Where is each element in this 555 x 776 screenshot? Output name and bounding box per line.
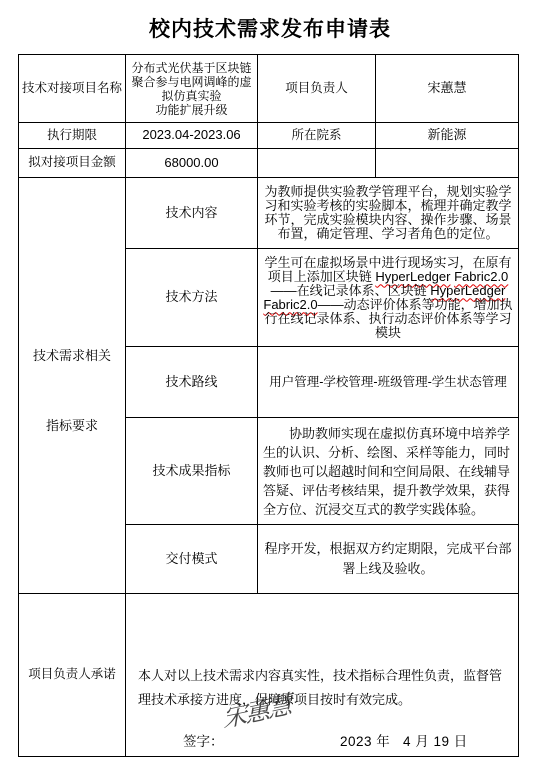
delivery-mode-value: 程序开发，根据双方约定期限，完成平台部署上线及验收。: [258, 525, 518, 594]
department-value: 新能源: [376, 123, 518, 149]
delivery-mode-text: 程序开发，根据双方约定期限，完成平台部署上线及验收。: [263, 539, 513, 579]
leader-commitment-cell: 本人对以上技术需求内容真实性，技术指标合理性负责，监督管理技术承接方进度，保障原…: [126, 594, 518, 756]
project-name-label: 技术对接项目名称: [19, 55, 126, 123]
tech-requirement-section-label: 技术需求相关 指标要求: [19, 178, 126, 594]
project-amount-label: 拟对接项目金额: [19, 149, 126, 178]
execution-period-value: 2023.04-2023.06: [126, 123, 258, 149]
department-label: 所在院系: [258, 123, 376, 149]
leader-commitment-label: 项目负责人承诺: [19, 594, 126, 756]
section-label-line1: 技术需求相关: [33, 348, 111, 364]
tech-content-value: 为教师提供实验教学管理平台，规划实验学习和实验考核的实验脚本，梳理并确定教学环节…: [258, 178, 518, 249]
sign-date: 2023 年 4 月 19 日: [340, 734, 468, 751]
project-name-line1: 分布式光伏基于区块链聚合参与电网调峰的虚拟仿真实验: [129, 61, 254, 103]
tech-content-label: 技术内容: [126, 178, 258, 249]
page-title: 校内技术需求发布申请表: [18, 13, 522, 43]
tech-outcome-value: 协助教师实现在虚拟仿真环境中培养学生的认识、分析、绘图、采样等能力，同时教师也可…: [258, 418, 518, 525]
project-leader-label: 项目负责人: [258, 55, 376, 123]
sign-here-label: 签字：: [183, 734, 224, 751]
tech-method-label: 技术方法: [126, 249, 258, 347]
tech-method-value: 学生可在虚拟场景中进行现场实习，在原有项目上添加区块链 HyperLedger …: [258, 249, 518, 347]
project-name-line2: 功能扩展升级: [155, 103, 227, 117]
tech-route-label: 技术路线: [126, 347, 258, 418]
tech-content-text: 为教师提供实验教学管理平台，规划实验学习和实验考核的实验脚本，梳理并确定教学环节…: [263, 185, 513, 241]
empty-cell: [258, 149, 376, 178]
execution-period-label: 执行期限: [19, 123, 126, 149]
empty-cell: [376, 149, 518, 178]
tech-outcome-text: 协助教师实现在虚拟仿真环境中培养学生的认识、分析、绘图、采样等能力，同时教师也可…: [263, 424, 513, 519]
commitment-text: 本人对以上技术需求内容真实性，技术指标合理性负责，监督管理技术承接方进度，保障原…: [138, 664, 510, 712]
section-label-line2: 指标要求: [46, 418, 98, 434]
tech-route-text: 用户管理-学校管理-班级管理-学生状态管理: [263, 375, 513, 389]
project-leader-value: 宋蕙慧: [376, 55, 518, 123]
tech-method-text: 学生可在虚拟场景中进行现场实习，在原有项目上添加区块链 HyperLedger …: [263, 256, 513, 340]
delivery-mode-label: 交付模式: [126, 525, 258, 594]
tech-route-value: 用户管理-学校管理-班级管理-学生状态管理: [258, 347, 518, 418]
tech-outcome-label: 技术成果指标: [126, 418, 258, 525]
project-name-value: 分布式光伏基于区块链聚合参与电网调峰的虚拟仿真实验 功能扩展升级: [126, 55, 258, 123]
project-amount-value: 68000.00: [126, 149, 258, 178]
application-form-table: 技术对接项目名称 分布式光伏基于区块链聚合参与电网调峰的虚拟仿真实验 功能扩展升…: [18, 54, 519, 757]
